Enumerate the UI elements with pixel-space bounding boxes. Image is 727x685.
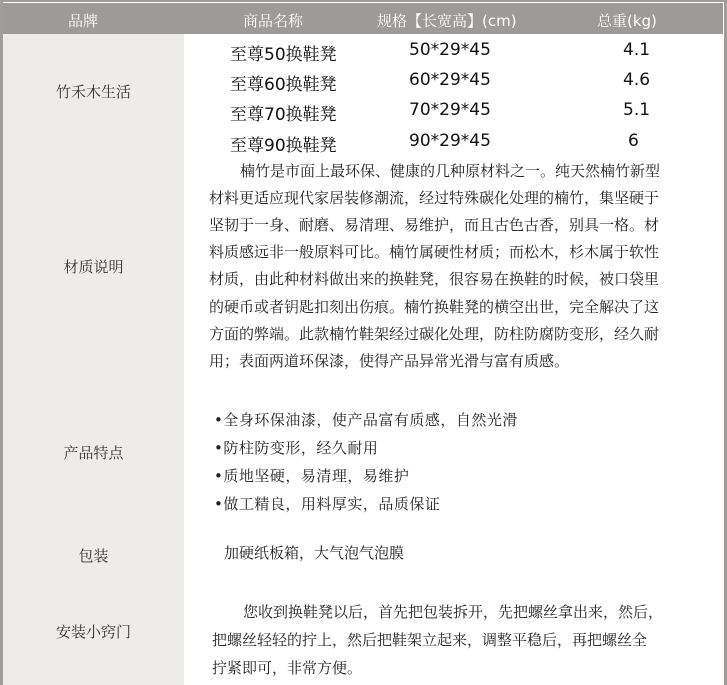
- product-weight: 5.1: [623, 100, 650, 120]
- feature-item: •防柱防变形，经久耐用: [214, 437, 378, 458]
- product-name: 至尊60换鞋凳: [230, 70, 337, 95]
- material-line: 用；表面两道环保漆，使得产品异常光滑与富有质感。: [209, 348, 569, 375]
- features-label: 产品特点: [3, 442, 184, 463]
- header-weight: 总重(kg): [597, 10, 657, 31]
- brand-label: 竹禾木生活: [3, 81, 184, 102]
- product-weight: 4.6: [623, 70, 650, 90]
- product-name: 至尊70换鞋凳: [230, 100, 337, 125]
- install-line: 您收到换鞋凳以后，首先把包装拆开，先把螺丝拿出来，然后，: [243, 599, 663, 626]
- material-line: 料质感远非一般原料可比。楠竹属硬性材质；而松木，杉木属于软性: [209, 239, 659, 266]
- header-brand: 品牌: [68, 10, 98, 31]
- material-line: 材质，由此种材料做出来的换鞋凳，很容易在换鞋的时候，被口袋里: [209, 266, 659, 293]
- material-line: 楠竹是市面上最环保、健康的几种原材料之一。纯天然楠竹新型: [240, 158, 660, 185]
- material-line: 坚韧于一身、耐磨、易清理、易维护，而且古色古香，别具一格。材: [209, 212, 659, 239]
- feature-item: •质地坚硬，易清理，易维护: [214, 465, 409, 486]
- packaging-text: 加硬纸板箱，大气泡气泡膜: [224, 540, 404, 567]
- material-line: 方面的弊端。此款楠竹鞋架经过碳化处理，防柱防腐防变形，经久耐: [209, 321, 659, 348]
- material-line: 材料更适应现代家居装修潮流，经过特殊碳化处理的楠竹，集坚硬于: [209, 185, 659, 212]
- product-name: 至尊90换鞋凳: [230, 131, 337, 156]
- product-spec: 50*29*45: [409, 40, 491, 60]
- install-line: 把螺丝轻轻的拧上，然后把鞋架立起来，调整平稳后，再把螺丝全: [212, 627, 647, 654]
- product-spec: 90*29*45: [409, 131, 491, 151]
- material-line: 的硬币或者钥匙扣刻出伤痕。楠竹换鞋凳的横空出世，完全解决了这: [209, 294, 659, 321]
- product-spec: 60*29*45: [409, 70, 491, 90]
- packaging-label: 包装: [3, 545, 184, 566]
- feature-item: •做工精良，用料厚实，品质保证: [214, 493, 440, 514]
- product-weight: 6: [628, 131, 639, 151]
- header-product-name: 商品名称: [243, 10, 303, 31]
- product-weight: 4.1: [623, 40, 650, 60]
- header-spec: 规格【长宽高】(cm): [377, 10, 517, 31]
- label-column: [3, 34, 184, 685]
- install-line: 拧紧即可，非常方便。: [212, 655, 362, 682]
- feature-item: •全身环保油漆，使产品富有质感，自然光滑: [214, 409, 518, 430]
- material-label: 材质说明: [3, 256, 184, 277]
- product-spec: 70*29*45: [409, 100, 491, 120]
- product-name: 至尊50换鞋凳: [230, 40, 337, 65]
- table-header: 品牌 商品名称 规格【长宽高】(cm) 总重(kg): [3, 3, 723, 34]
- install-label: 安装小窍门: [3, 621, 184, 642]
